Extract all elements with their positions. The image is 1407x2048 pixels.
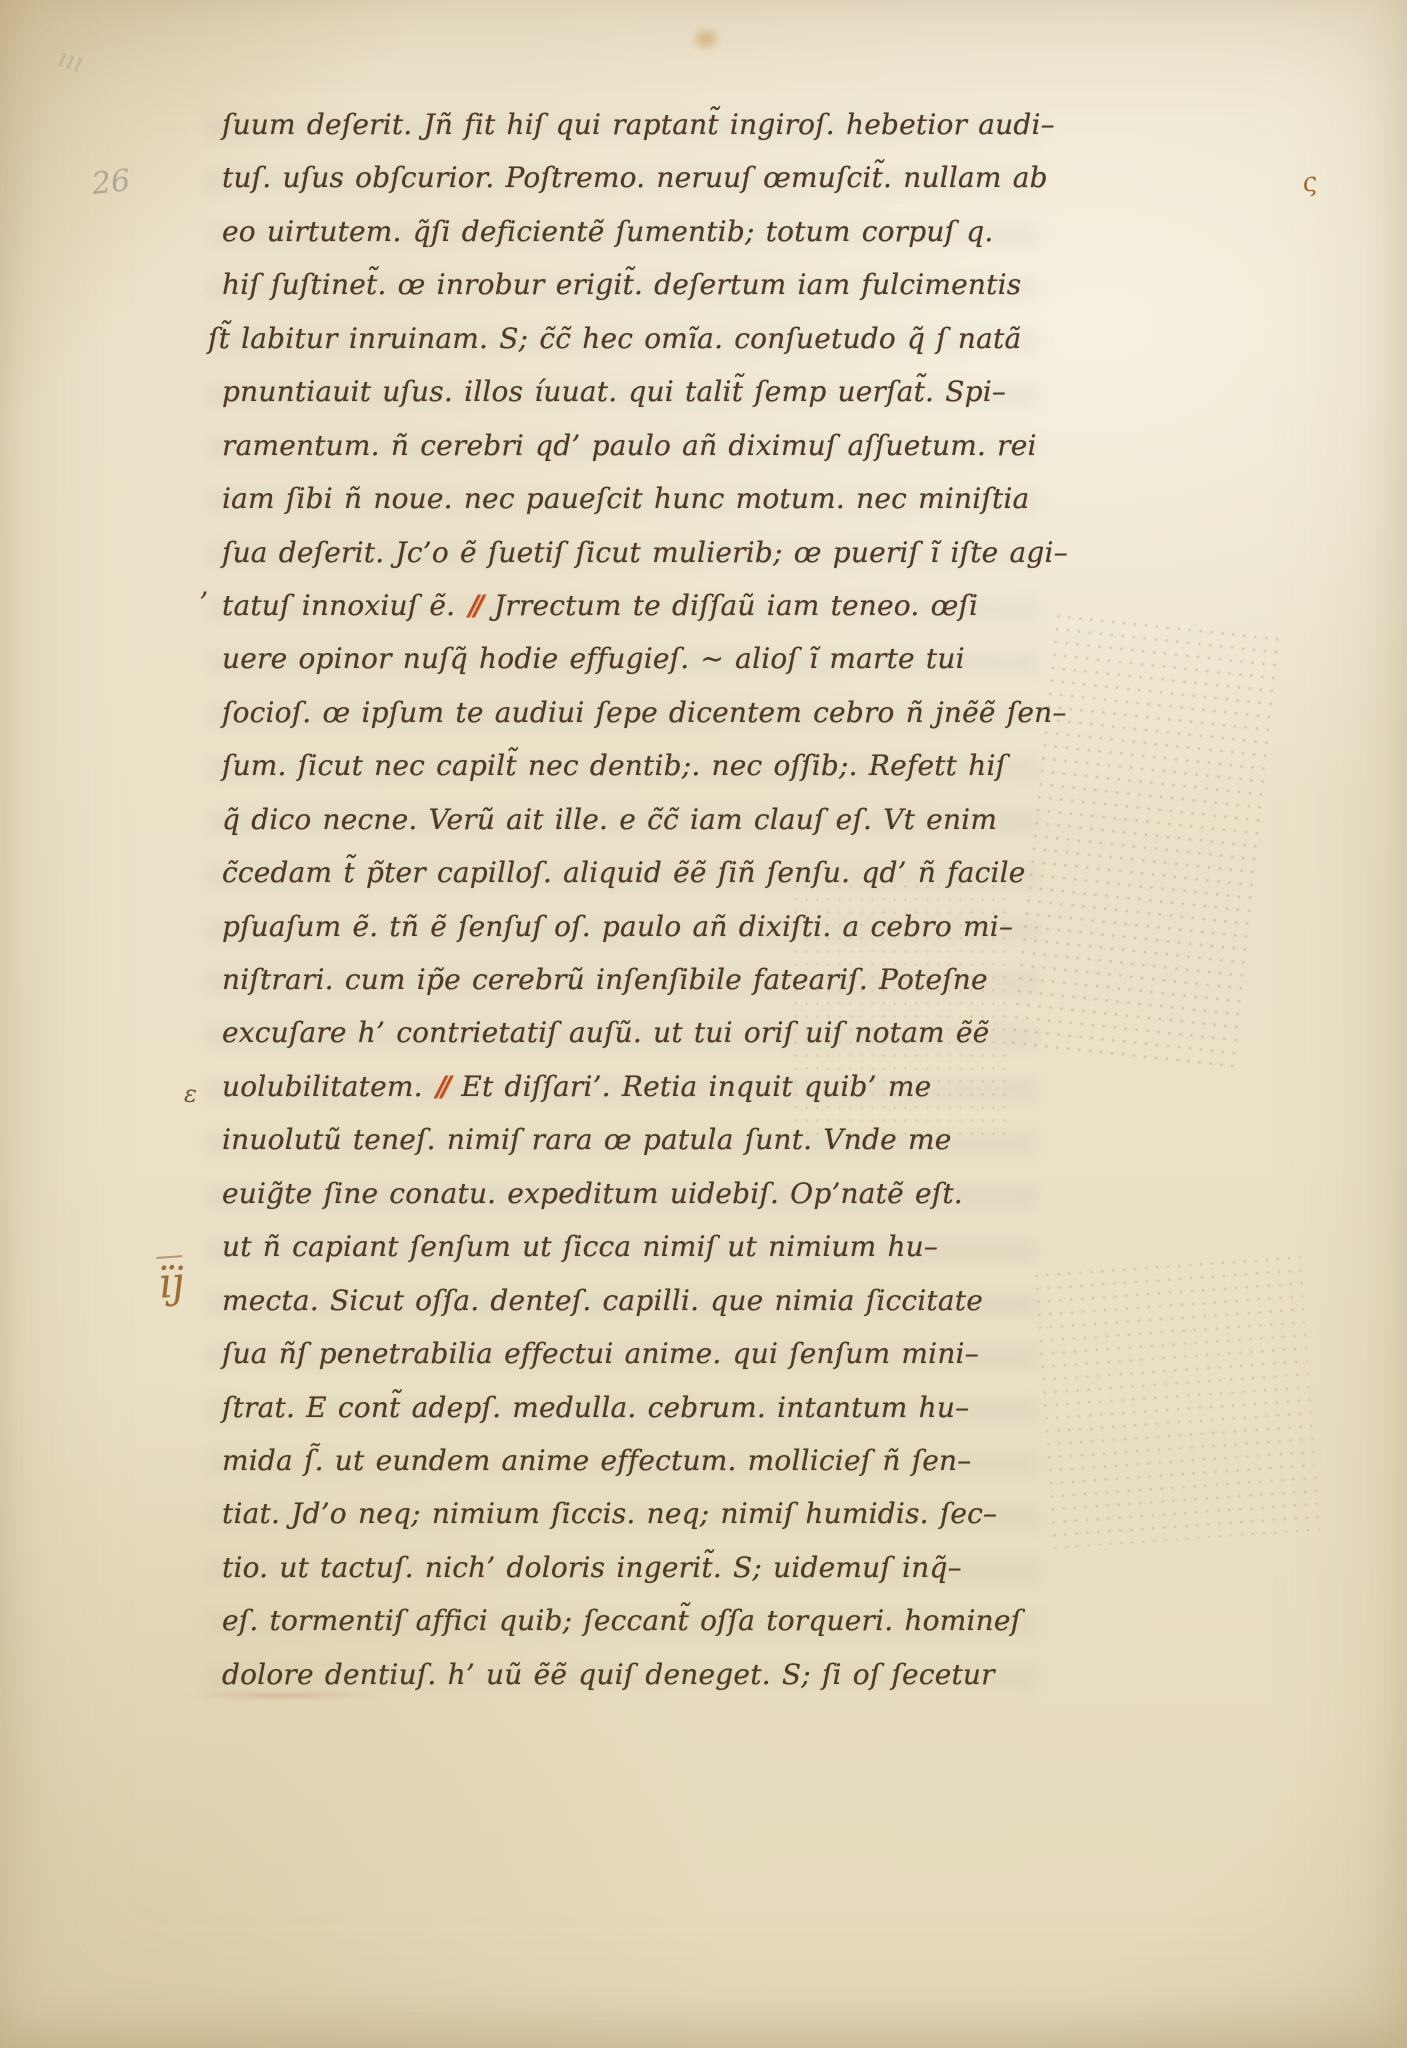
text-line: pſuaſum ẽ. tñ ẽ ſenſuſ oſ. paulo añ dixi… [222,900,1032,953]
text-segment: tuſ. uſus obſcurior. Poſtremo. neruuſ œm… [222,161,1048,194]
text-line: mida ſ̃. ut eundem anime effectum. molli… [222,1434,1032,1487]
faint-corner-mark: ııı [55,45,87,77]
text-segment: ſum. ſicut nec capilt̃ nec dentib;. nec … [222,749,1006,782]
text-line: c̃cedam t̃ p̃ter capilloſ. aliquid ẽẽ ſi… [222,846,1032,899]
right-margin-siglum: ς [1300,169,1319,197]
text-segment: ramentum. ñ cerebri qd’ paulo añ diximuſ… [222,429,1037,462]
text-line: ſuum deſerit. Jñ fit hiſ qui raptant̃ in… [222,98,1032,151]
text-segment: q̃ dico necne. Verũ ait ille. e c̃c̃ iam… [222,803,997,836]
left-margin-e-mark: ɛ [184,1082,197,1106]
text-segment: Et diſſari’. Retia inquit quib’ me [450,1070,931,1103]
red-paraph-mark: // [468,589,478,622]
quire-signature: ïj [156,1255,186,1305]
text-segment: dolore dentiuſ. h’ uũ ẽẽ quiſ deneget. S… [222,1658,995,1691]
text-segment: ſt̃ labitur inruinam. S; c̃c̃ hec omĩa. … [208,322,1021,355]
text-line: inuolutũ teneſ. nimiſ rara œ patula ſunt… [222,1113,1032,1166]
text-line: ſtrat. E cont̃ adepſ. medulla. cebrum. i… [222,1381,1032,1434]
text-segment: eſ. tormentiſ affici quib; ſeccant̃ oſſa… [222,1604,1021,1637]
text-segment: ſuum deſerit. Jñ fit hiſ qui raptant̃ in… [222,108,1055,141]
text-segment: ſocioſ. œ ipſum te audiui ſepe dicentem … [222,696,1067,729]
pencil-folio-number: 26 [91,166,132,200]
text-line: iam ſibi ñ noue. nec paueſcit hunc motum… [222,472,1032,525]
left-margin-apostrophe: ʼ [198,590,208,620]
text-segment: pſuaſum ẽ. tñ ẽ ſenſuſ oſ. paulo añ dixi… [222,910,1013,943]
manuscript-text-block: ſuum deſerit. Jñ fit hiſ qui raptant̃ in… [222,98,1032,1701]
speckle-patch [1008,609,1283,1071]
text-line: ſocioſ. œ ipſum te audiui ſepe dicentem … [222,686,1032,739]
manuscript-page: ſuum deſerit. Jñ fit hiſ qui raptant̃ in… [0,0,1407,2048]
text-segment: tatuſ innoxiuſ ẽ. [222,589,466,622]
text-segment: ut ñ capiant ſenſum ut ſicca nimiſ ut ni… [222,1230,938,1263]
text-line: ſua deſerit. Jc’o ẽ ſuetiſ ſicut mulieri… [222,526,1032,579]
text-segment: excuſare h’ contrietatiſ auſũ. ut tui or… [222,1016,989,1049]
text-segment: uolubilitatem. [222,1070,434,1103]
text-segment: Jrrectum te diſſaũ iam teneo. œſi [483,589,978,622]
text-line: eo uirtutem. q̃ſi deficientẽ ſumentib; t… [222,205,1032,258]
text-segment: hiſ ſuſtinet̃. œ inrobur erigit̃. deſert… [222,268,1021,301]
text-segment: inuolutũ teneſ. nimiſ rara œ patula ſunt… [222,1123,952,1156]
text-line: euig̃te ſine conatu. expeditum uidebiſ. … [222,1167,1032,1220]
text-line: hiſ ſuſtinet̃. œ inrobur erigit̃. deſert… [222,258,1032,311]
text-segment: ſua ñſ penetrabilia effectui anime. qui … [222,1337,979,1370]
text-line: tuſ. uſus obſcurior. Poſtremo. neruuſ œm… [222,151,1032,204]
text-line: eſ. tormentiſ affici quib; ſeccant̃ oſſa… [222,1594,1032,1647]
text-line: ramentum. ñ cerebri qd’ paulo añ diximuſ… [222,419,1032,472]
text-line: excuſare h’ contrietatiſ auſũ. ut tui or… [222,1006,1032,1059]
text-line: uere opinor nuſq̃ hodie effugieſ. ~ alio… [222,632,1032,685]
text-line: mecta. Sicut oſſa. denteſ. capilli. que … [222,1274,1032,1327]
text-segment: mida ſ̃. ut eundem anime effectum. molli… [222,1444,972,1477]
text-line: niſtrari. cum ip̃e cerebrũ inſenſibile f… [222,953,1032,1006]
text-line: ſum. ſicut nec capilt̃ nec dentib;. nec … [222,739,1032,792]
text-segment: c̃cedam t̃ p̃ter capilloſ. aliquid ẽẽ ſi… [222,856,1026,889]
ink-stain [684,20,728,58]
text-segment: pnuntiauit uſus. illos íuuat. qui talit̃… [222,375,1006,408]
text-segment: uere opinor nuſq̃ hodie effugieſ. ~ alio… [222,642,965,675]
text-line: uolubilitatem. // Et diſſari’. Retia inq… [222,1060,1032,1113]
text-line: q̃ dico necne. Verũ ait ille. e c̃c̃ iam… [222,793,1032,846]
text-segment: ſua deſerit. Jc’o ẽ ſuetiſ ſicut mulieri… [222,536,1068,569]
speckle-patch [1031,1251,1320,1549]
text-segment: iam ſibi ñ noue. nec paueſcit hunc motum… [222,482,1029,515]
text-line: tatuſ innoxiuſ ẽ. // Jrrectum te diſſaũ … [222,579,1032,632]
text-segment: tio. ut tactuſ. nich’ doloris ingerit̃. … [222,1551,962,1584]
text-line: ſt̃ labitur inruinam. S; c̃c̃ hec omĩa. … [208,312,1032,365]
text-segment: ſtrat. E cont̃ adepſ. medulla. cebrum. i… [222,1391,969,1424]
text-line: tio. ut tactuſ. nich’ doloris ingerit̃. … [222,1541,1032,1594]
text-line: ut ñ capiant ſenſum ut ſicca nimiſ ut ni… [222,1220,1032,1273]
text-segment: niſtrari. cum ip̃e cerebrũ inſenſibile f… [222,963,988,996]
text-segment: mecta. Sicut oſſa. denteſ. capilli. que … [222,1284,983,1317]
text-segment: eo uirtutem. q̃ſi deficientẽ ſumentib; t… [222,215,994,248]
text-line: ſua ñſ penetrabilia effectui anime. qui … [222,1327,1032,1380]
text-line: tiat. Jd’o neq; nimium ſiccis. neq; nimi… [222,1487,1032,1540]
text-segment: tiat. Jd’o neq; nimium ſiccis. neq; nimi… [222,1497,997,1530]
red-paraph-mark: // [436,1070,446,1103]
text-line: pnuntiauit uſus. illos íuuat. qui talit̃… [222,365,1032,418]
text-line: dolore dentiuſ. h’ uũ ẽẽ quiſ deneget. S… [222,1648,1032,1701]
text-segment: euig̃te ſine conatu. expeditum uidebiſ. … [222,1177,963,1210]
